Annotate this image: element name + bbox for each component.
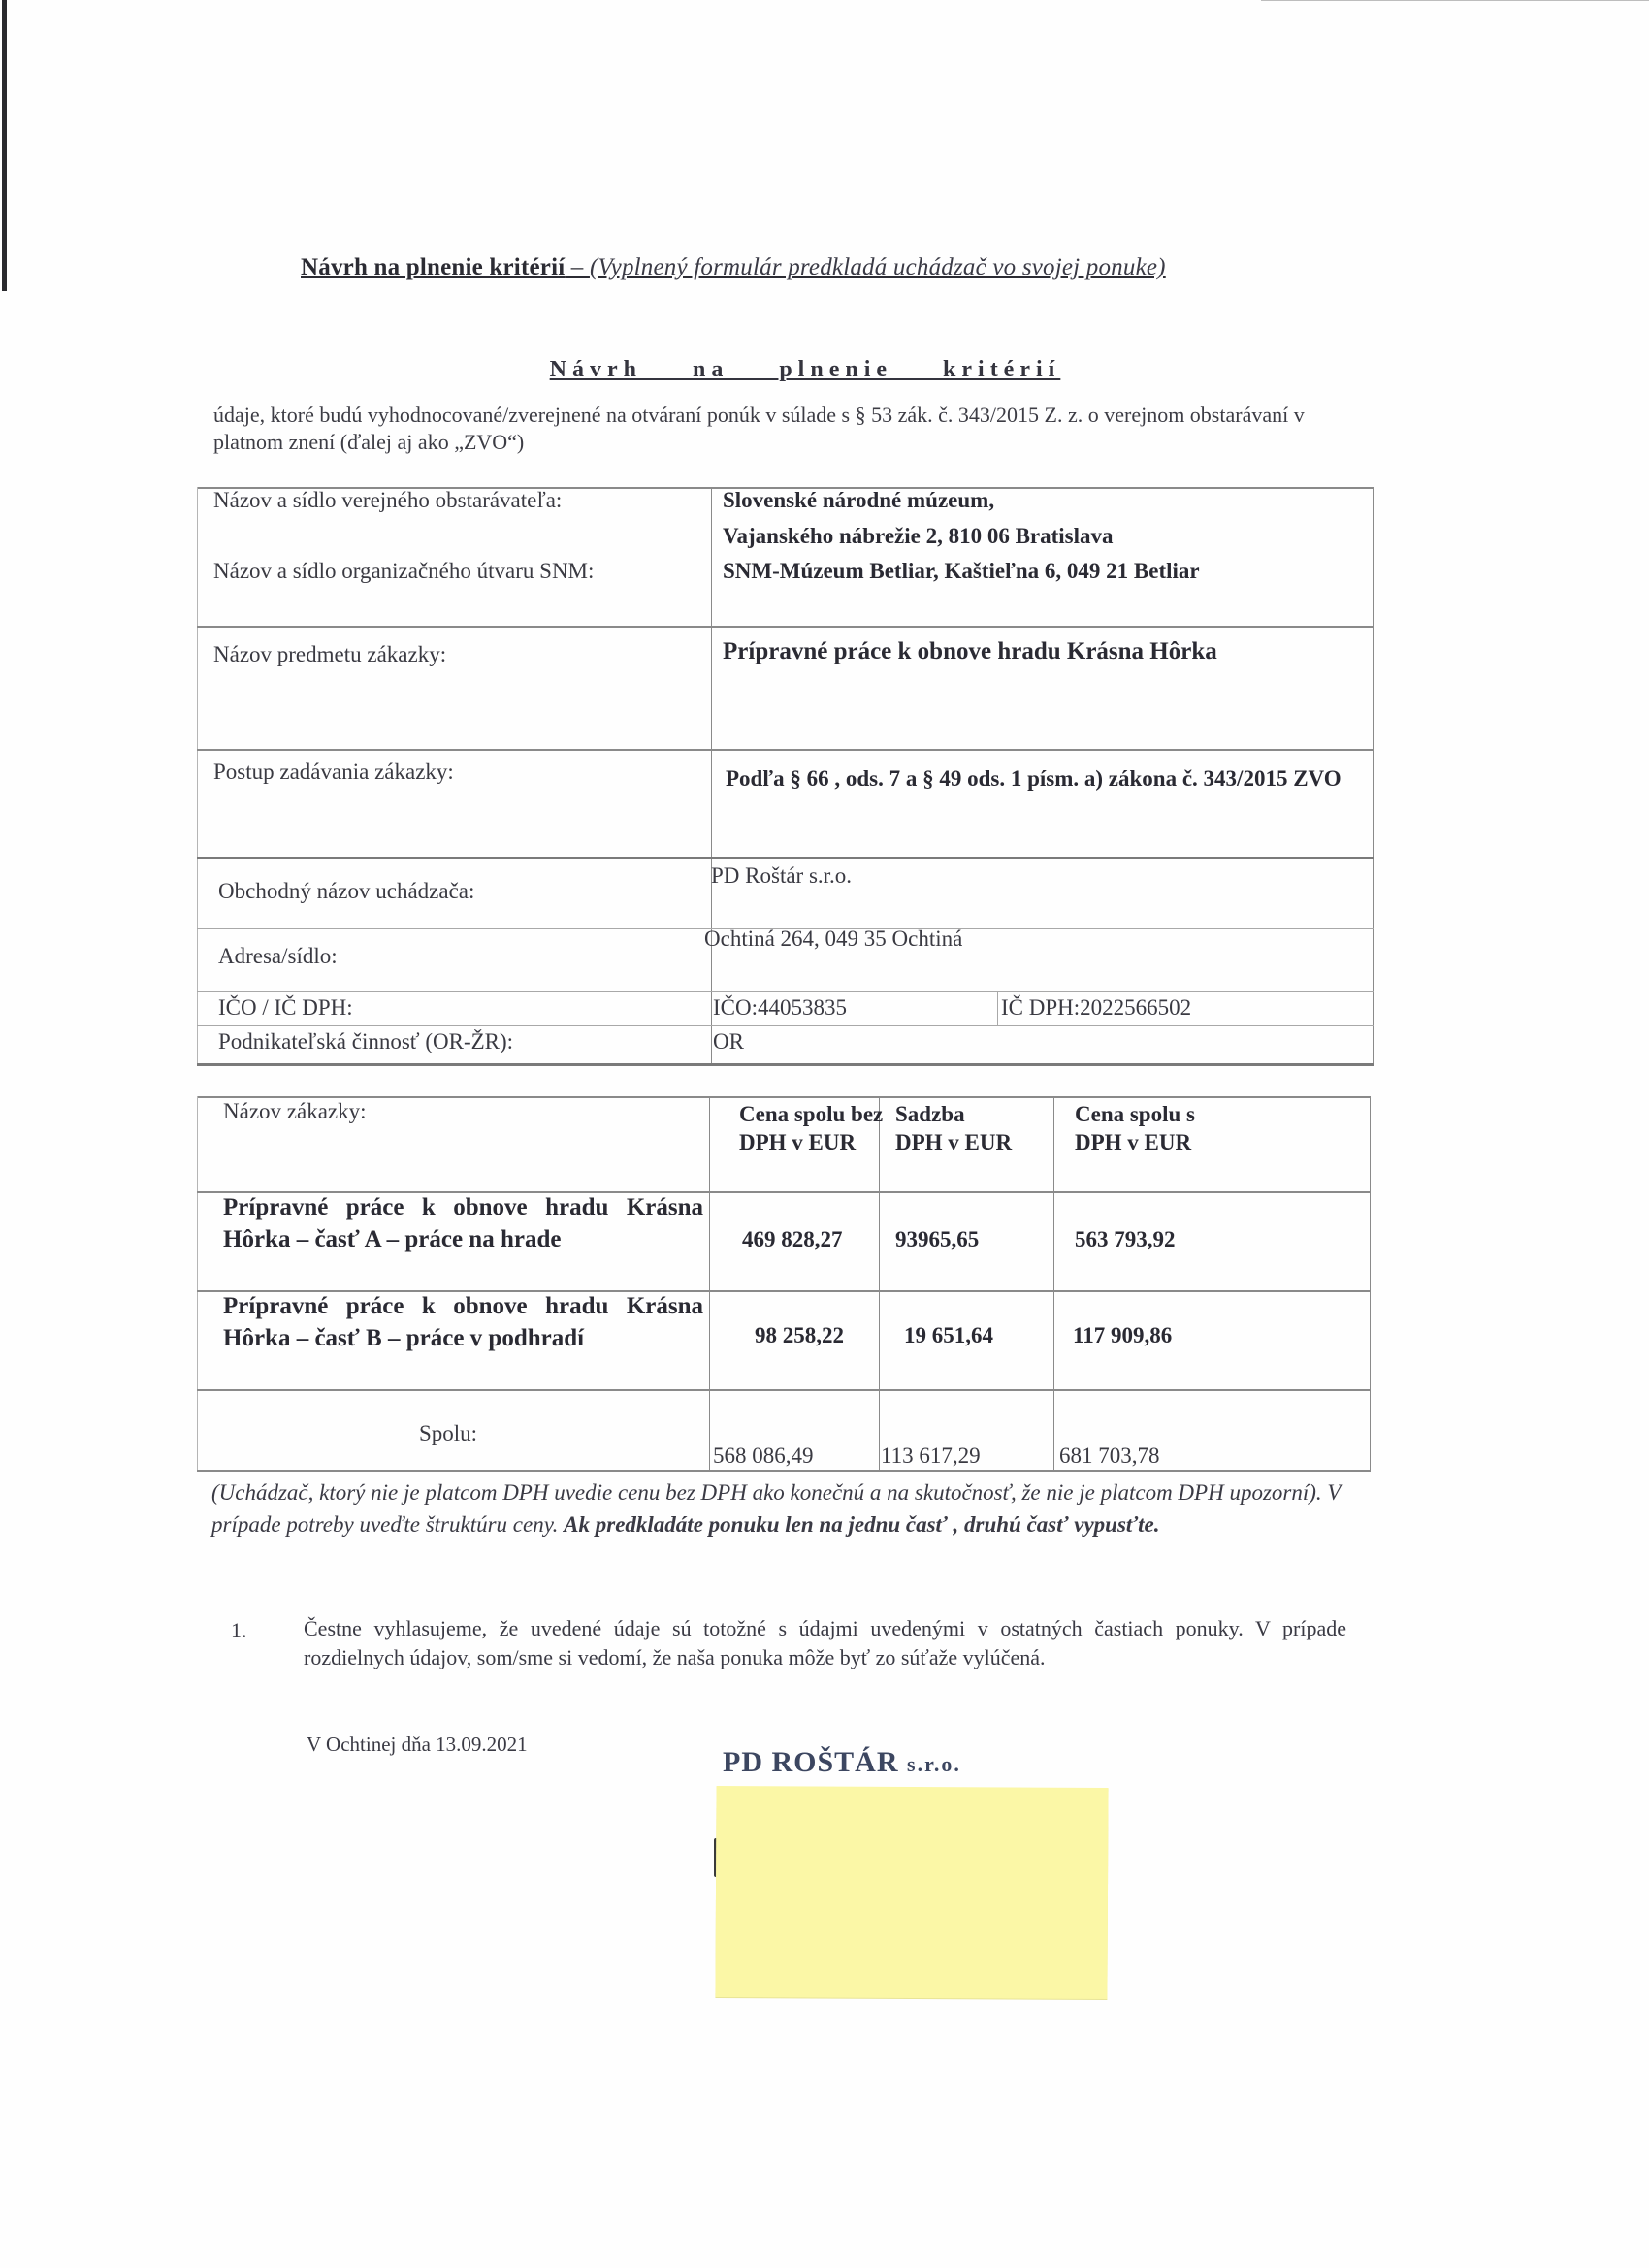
table-border — [709, 1096, 710, 1471]
header-price-with-vat-line2: DPH v EUR — [1075, 1127, 1191, 1158]
label-ico: IČO / IČ DPH: — [218, 992, 353, 1023]
header-price-with-vat-line1: Cena spolu s — [1075, 1099, 1195, 1130]
value-ic-dph: IČ DPH:2022566502 — [1001, 992, 1191, 1023]
table-border — [197, 1096, 198, 1471]
header-price-without-vat-line2: DPH v EUR — [739, 1127, 856, 1158]
row-a-with-vat: 563 793,92 — [1075, 1224, 1176, 1255]
label-procedure: Postup zadávania zákazky: — [213, 757, 454, 788]
label-org-unit: Názov a sídlo organizačného útvaru SNM: — [213, 556, 594, 587]
company-stamp: PD ROŠTÁR s.r.o. — [723, 1746, 961, 1779]
total-without-vat: 568 086,49 — [713, 1441, 814, 1472]
value-procedure: Podľa § 66 , ods. 7 a § 49 ods. 1 písm. … — [726, 762, 1366, 794]
table-border — [197, 626, 1374, 628]
header-contract-name: Názov zákazky: — [223, 1096, 367, 1127]
row-b-name: Prípravné práce k obnove hradu Krásna Hô… — [223, 1290, 703, 1354]
value-org-unit: SNM-Múzeum Betliar, Kaštieľna 6, 049 21 … — [723, 556, 1200, 587]
total-label: Spolu: — [419, 1418, 477, 1449]
place-and-date: V Ochtinej dňa 13.09.2021 — [307, 1733, 528, 1757]
scan-edge-mark — [2, 0, 7, 291]
row-a-vat: 93965,65 — [895, 1224, 979, 1255]
label-address: Adresa/sídlo: — [218, 941, 338, 972]
vat-note: (Uchádzač, ktorý nie je platcom DPH uved… — [211, 1476, 1375, 1540]
redaction-sticky-note — [715, 1786, 1108, 1999]
form-subtitle: Návrh na plnenie kritérií — [504, 357, 1106, 383]
value-contracting-authority-line2: Vajanského nábrežie 2, 810 06 Bratislava — [723, 521, 1114, 552]
table-border — [1370, 1096, 1371, 1471]
table-border — [1373, 487, 1374, 1065]
table-border — [997, 991, 998, 1025]
label-business-activity: Podnikateľská činnosť (OR-ŽR): — [218, 1026, 513, 1057]
table-border — [197, 1063, 1374, 1066]
row-a-name: Prípravné práce k obnove hradu Krásna Hô… — [223, 1191, 703, 1255]
value-bidder-name: PD Roštár s.r.o. — [711, 860, 852, 891]
table-border — [197, 487, 198, 1065]
label-bidder-name: Obchodný názov uchádzača: — [218, 876, 474, 907]
table-border — [1053, 1096, 1054, 1471]
declaration-text: Čestne vyhlasujeme, že uvedené údaje sú … — [304, 1614, 1346, 1672]
label-subject: Názov predmetu zákazky: — [213, 639, 446, 670]
table-border — [197, 749, 1374, 751]
header-price-without-vat-line1: Cena spolu bez — [739, 1099, 883, 1130]
value-ico: IČO:44053835 — [713, 992, 847, 1023]
total-vat: 113 617,29 — [881, 1441, 981, 1472]
intro-paragraph: údaje, ktoré budú vyhodnocované/zverejne… — [213, 402, 1377, 456]
document-title: Návrh na plnenie kritérií – (Vyplnený fo… — [301, 254, 1166, 281]
row-b-with-vat: 117 909,86 — [1073, 1320, 1172, 1351]
stamp-name: PD ROŠTÁR — [723, 1746, 899, 1778]
value-contracting-authority-line1: Slovenské národné múzeum, — [723, 485, 994, 516]
table-border — [197, 1389, 1371, 1391]
header-vat-line2: DPH v EUR — [895, 1127, 1012, 1158]
row-b-without-vat: 98 258,22 — [755, 1320, 844, 1351]
title-bold: Návrh na plnenie kritérií — [301, 254, 565, 280]
row-a-without-vat: 469 828,27 — [742, 1224, 843, 1255]
title-dash: – — [565, 254, 590, 280]
table-border — [197, 857, 1374, 859]
stamp-suffix: s.r.o. — [907, 1752, 961, 1776]
declaration-number: 1. — [231, 1618, 247, 1643]
title-italic: (Vyplnený formulár predkladá uchádzač vo… — [590, 254, 1166, 280]
table-border — [711, 487, 712, 1065]
scan-top-edge — [1261, 0, 1649, 1]
value-address: Ochtiná 264, 049 35 Ochtiná — [704, 923, 962, 955]
row-b-vat: 19 651,64 — [904, 1320, 993, 1351]
table-border — [879, 1096, 880, 1471]
label-contracting-authority: Názov a sídlo verejného obstarávateľa: — [213, 485, 562, 516]
vat-note-bold: Ak predkladáte ponuku len na jednu časť … — [564, 1512, 1159, 1537]
header-vat-line1: Sadzba — [895, 1099, 965, 1130]
value-business-activity: OR — [713, 1026, 744, 1057]
table-border — [197, 1096, 1371, 1098]
total-with-vat: 681 703,78 — [1059, 1441, 1160, 1472]
value-subject: Prípravné práce k obnove hradu Krásna Hô… — [723, 636, 1217, 667]
